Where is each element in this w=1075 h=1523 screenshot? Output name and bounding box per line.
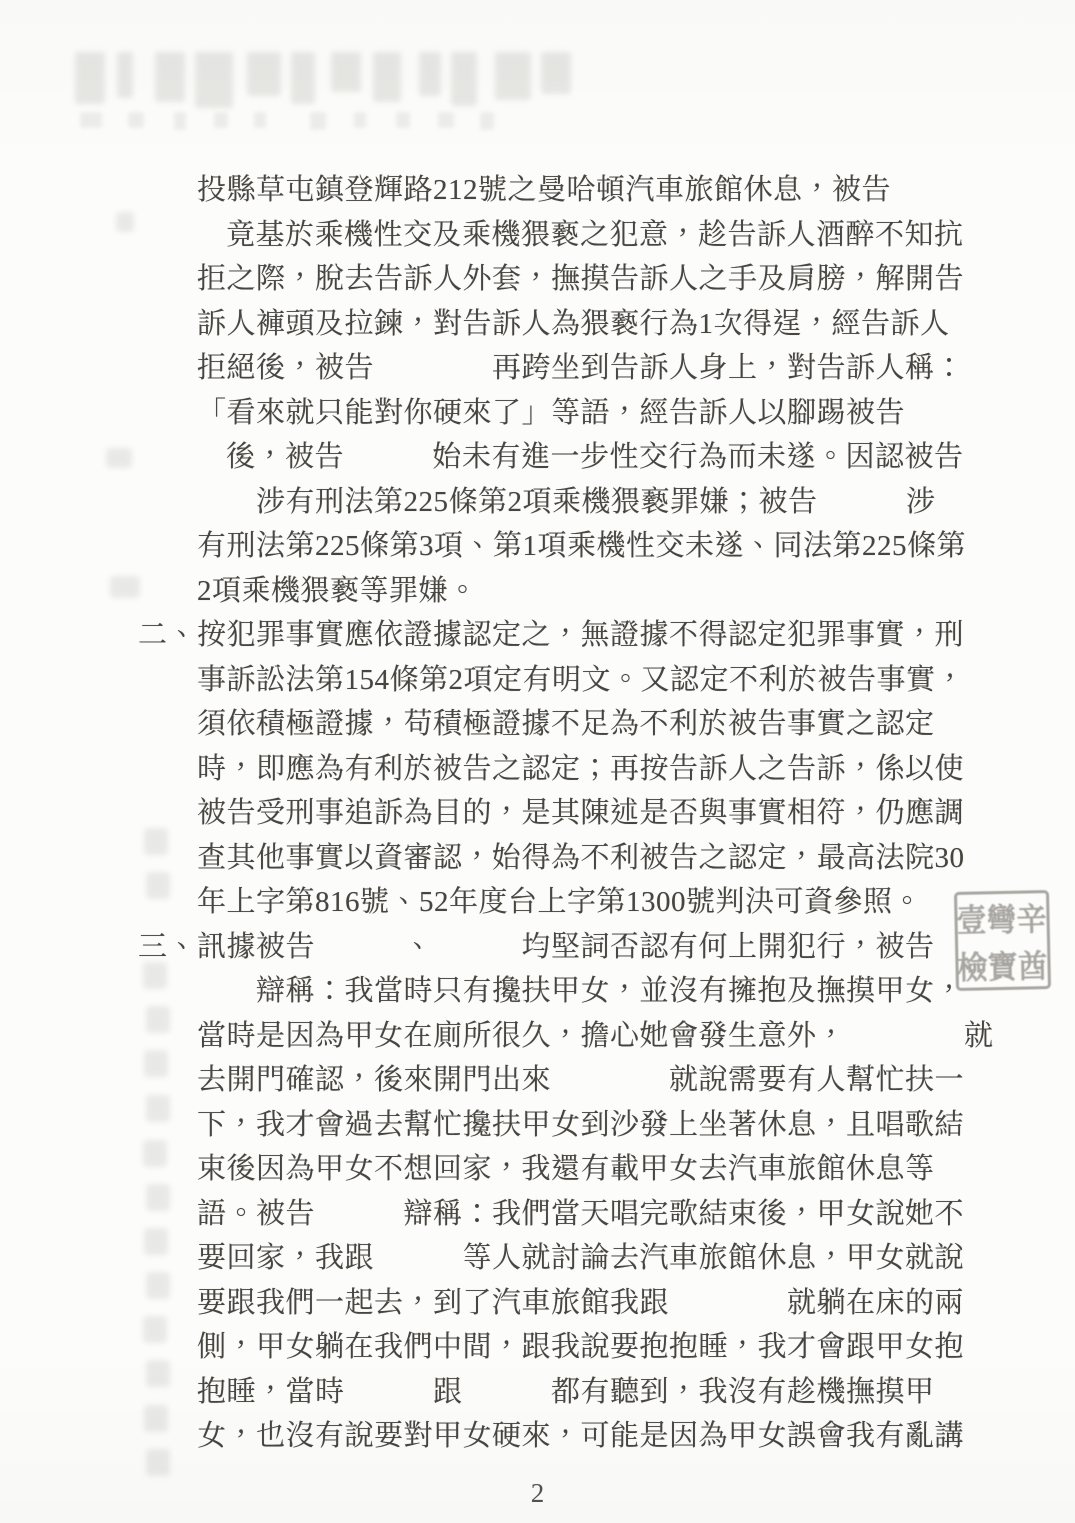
text-line: 查其他事實以資審認，始得為不利被告之認定，最高法院30: [138, 836, 1018, 881]
text-line: 女，也沒有說要對甲女硬來，可能是因為甲女誤會我有亂講: [138, 1414, 1018, 1459]
text-line: 「看來就只能對你硬來了」等語，經告訴人以腳踢被告: [138, 391, 1018, 436]
seal-character: 寶: [987, 939, 1018, 988]
text-line: 被告受刑事追訴為目的，是其陳述是否與事實相符，仍應調: [138, 791, 1018, 836]
text-line: 當時是因為甲女在廁所很久，擔心她會發生意外， 就: [138, 1014, 1018, 1059]
seal-character: 酋: [1017, 938, 1048, 987]
text-line: 要跟我們一起去，到了汽車旅館我跟 就躺在床的兩: [138, 1281, 1018, 1326]
official-seal: 辛彎壹酋寶檢: [954, 890, 1051, 991]
text-line: 事訴訟法第154條第2項定有明文。又認定不利於被告事實，: [138, 658, 1018, 703]
seal-character: 檢: [957, 940, 988, 989]
bleedthrough-header-smudge: [75, 52, 571, 108]
text-line: 二、按犯罪事實應依證據認定之，無證據不得認定犯罪事實，刑: [138, 613, 1018, 658]
text-line: 涉有刑法第225條第2項乘機猥褻罪嫌；被告 涉: [138, 480, 1018, 525]
text-line: 語。被告 辯稱：我們當天唱完歌結束後，甲女說她不: [138, 1192, 1018, 1237]
seal-character: 辛: [1016, 892, 1047, 941]
document-page: 投縣草屯鎮登輝路212號之曼哈頓汽車旅館休息，被告竟基於乘機性交及乘機猥褻之犯意…: [0, 0, 1075, 1523]
text-line: 要回家，我跟 等人就討論去汽車旅館休息，甲女就說: [138, 1236, 1018, 1281]
document-body-text: 投縣草屯鎮登輝路212號之曼哈頓汽車旅館休息，被告竟基於乘機性交及乘機猥褻之犯意…: [138, 168, 1018, 1459]
text-line: 下，我才會過去幫忙攙扶甲女到沙發上坐著休息，且唱歌結: [138, 1103, 1018, 1148]
text-line: 拒絕後，被告 再跨坐到告訴人身上，對告訴人稱：: [138, 346, 1018, 391]
text-line: 有刑法第225條第3項、第1項乘機性交未遂、同法第225條第: [138, 524, 1018, 569]
text-line: 抱睡，當時 跟 都有聽到，我沒有趁機撫摸甲: [138, 1370, 1018, 1415]
text-line: 三、訊據被告 、 均堅詞否認有何上開犯行，被告: [138, 925, 1018, 970]
text-line: 去開門確認，後來開門出來 就說需要有人幫忙扶一: [138, 1058, 1018, 1103]
page-number: 2: [0, 1478, 1075, 1509]
text-line: 年上字第816號、52年度台上字第1300號判決可資參照。: [138, 880, 1018, 925]
seal-character: 彎: [986, 893, 1017, 942]
text-line: 須依積極證據，苟積極證據不足為不利於被告事實之認定: [138, 702, 1018, 747]
text-line: 竟基於乘機性交及乘機猥褻之犯意，趁告訴人酒醉不知抗: [138, 213, 1018, 258]
text-line: 辯稱：我當時只有攙扶甲女，並沒有擁抱及撫摸甲女，: [138, 969, 1018, 1014]
seal-character: 壹: [956, 893, 987, 942]
text-line: 拒之際，脫去告訴人外套，撫摸告訴人之手及肩膀，解開告: [138, 257, 1018, 302]
text-line: 側，甲女躺在我們中間，跟我說要抱抱睡，我才會跟甲女抱: [138, 1325, 1018, 1370]
text-line: 訴人褲頭及拉鍊，對告訴人為猥褻行為1次得逞，經告訴人: [138, 302, 1018, 347]
bleedthrough-subheader-smudge: [80, 112, 494, 130]
text-line: 後，被告 始未有進一步性交行為而未遂。因認被告: [138, 435, 1018, 480]
text-line: 束後因為甲女不想回家，我還有載甲女去汽車旅館休息等: [138, 1147, 1018, 1192]
text-line: 時，即應為有利於被告之認定；再按告訴人之告訴，係以使: [138, 747, 1018, 792]
text-line: 2項乘機猥褻等罪嫌。: [138, 569, 1018, 614]
text-line: 投縣草屯鎮登輝路212號之曼哈頓汽車旅館休息，被告: [138, 168, 1018, 213]
